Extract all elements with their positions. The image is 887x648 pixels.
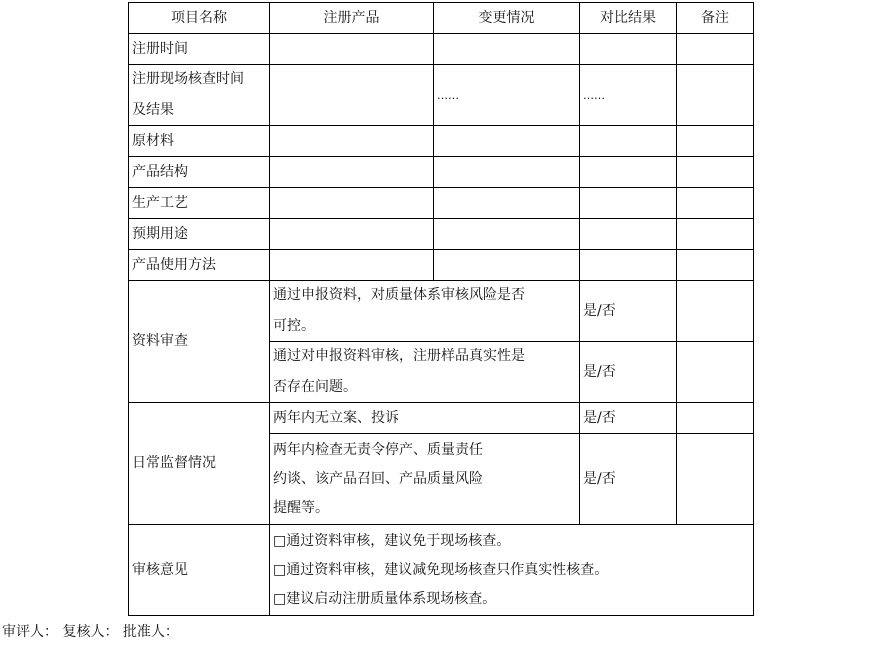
- registered-cell[interactable]: [269, 64, 434, 126]
- header-item-name: 项目名称: [128, 2, 270, 34]
- section-label: 日常监督情况: [132, 448, 216, 479]
- criterion-text: 否存在问题。: [273, 372, 357, 403]
- note-cell[interactable]: [676, 64, 754, 126]
- result-cell[interactable]: [579, 249, 677, 281]
- note-cell[interactable]: [676, 33, 754, 65]
- note-cell[interactable]: [676, 280, 754, 342]
- supervision-criterion: 两年内检查无责令停产、质量责任 约谈、该产品召回、产品质量风险 提醒等。: [269, 433, 580, 525]
- row-label: 注册现场核查时间: [132, 64, 244, 95]
- header-label: 对比结果: [600, 3, 656, 34]
- row-label: 产品结构: [132, 157, 188, 188]
- registered-cell[interactable]: [269, 125, 434, 157]
- registered-cell[interactable]: [269, 33, 434, 65]
- row-name-cell: 注册时间: [128, 33, 270, 65]
- note-cell[interactable]: [676, 402, 754, 434]
- row-name-cell: 原材料: [128, 125, 270, 157]
- row-label: 预期用途: [132, 219, 188, 250]
- change-cell[interactable]: [433, 33, 580, 65]
- note-cell[interactable]: [676, 187, 754, 219]
- change-cell[interactable]: [433, 218, 580, 250]
- yes-no-text: 是/否: [583, 403, 616, 434]
- criterion-text: 两年内检查无责令停产、质量责任: [273, 436, 483, 465]
- opinion-options: □通过资料审核，建议免于现场核查。 □通过资料审核，建议减免现场核查只作真实性核…: [269, 524, 754, 616]
- yes-no-cell[interactable]: 是/否: [579, 341, 677, 403]
- section-label: 审核意见: [132, 555, 188, 586]
- change-cell[interactable]: [433, 156, 580, 188]
- change-cell[interactable]: [433, 249, 580, 281]
- registered-cell[interactable]: [269, 218, 434, 250]
- criterion-text: 约谈、该产品召回、产品质量风险: [273, 465, 483, 494]
- header-label: 注册产品: [324, 3, 380, 34]
- header-registered-product: 注册产品: [269, 2, 434, 34]
- note-cell[interactable]: [676, 156, 754, 188]
- row-name-cell: 预期用途: [128, 218, 270, 250]
- header-label: 项目名称: [171, 3, 227, 34]
- row-name-cell: 注册现场核查时间 及结果: [128, 64, 270, 126]
- row-name-cell: 产品使用方法: [128, 249, 270, 281]
- row-label: 注册时间: [132, 34, 188, 65]
- opinion-option-inspect[interactable]: □建议启动注册质量体系现场核查。: [273, 585, 496, 614]
- result-cell[interactable]: [579, 125, 677, 157]
- header-note: 备注: [676, 2, 754, 34]
- yes-no-cell[interactable]: 是/否: [579, 280, 677, 342]
- row-name-cell: 产品结构: [128, 156, 270, 188]
- criterion-text: 两年内无立案、投诉: [273, 403, 399, 434]
- result-cell[interactable]: [579, 187, 677, 219]
- note-cell[interactable]: [676, 341, 754, 403]
- registered-cell[interactable]: [269, 156, 434, 188]
- criterion-text: 提醒等。: [273, 494, 329, 523]
- header-label: 备注: [701, 3, 729, 34]
- criterion-text: 通过申报资料，对质量体系审核风险是否: [273, 280, 525, 311]
- change-cell[interactable]: [433, 187, 580, 219]
- row-label: 产品使用方法: [132, 250, 216, 281]
- doc-review-label-cell: 资料审查: [128, 280, 270, 403]
- row-name-cell: 生产工艺: [128, 187, 270, 219]
- supervision-criterion: 两年内无立案、投诉: [269, 402, 580, 434]
- result-cell[interactable]: [579, 218, 677, 250]
- row-label: 生产工艺: [132, 188, 188, 219]
- ellipsis-text: ……: [583, 80, 605, 111]
- result-cell[interactable]: [579, 156, 677, 188]
- checker-label: 复核人：: [62, 624, 118, 640]
- note-cell[interactable]: [676, 433, 754, 525]
- yes-no-text: 是/否: [583, 464, 616, 495]
- doc-review-criterion: 通过对申报资料审核，注册样品真实性是 否存在问题。: [269, 341, 580, 403]
- note-cell[interactable]: [676, 125, 754, 157]
- opinion-label-cell: 审核意见: [128, 524, 270, 616]
- registered-cell[interactable]: [269, 187, 434, 219]
- result-cell[interactable]: ……: [579, 64, 677, 126]
- opinion-option-reduce[interactable]: □通过资料审核，建议减免现场核查只作真实性核查。: [273, 556, 608, 585]
- header-label: 变更情况: [479, 3, 535, 34]
- row-label: 原材料: [132, 126, 174, 157]
- reviewer-label: 审评人：: [2, 624, 58, 640]
- criterion-text: 可控。: [273, 311, 315, 342]
- note-cell[interactable]: [676, 218, 754, 250]
- yes-no-text: 是/否: [583, 296, 616, 327]
- result-cell[interactable]: [579, 33, 677, 65]
- approver-label: 批准人：: [123, 624, 179, 640]
- change-cell[interactable]: ……: [433, 64, 580, 126]
- header-result: 对比结果: [579, 2, 677, 34]
- row-label: 及结果: [132, 95, 174, 126]
- yes-no-cell[interactable]: 是/否: [579, 402, 677, 434]
- header-change: 变更情况: [433, 2, 580, 34]
- yes-no-text: 是/否: [583, 357, 616, 388]
- section-label: 资料审查: [132, 326, 188, 357]
- signature-line: 审评人： 复核人： 批准人：: [2, 622, 179, 642]
- criterion-text: 通过对申报资料审核，注册样品真实性是: [273, 341, 525, 372]
- registered-cell[interactable]: [269, 249, 434, 281]
- opinion-option-waive[interactable]: □通过资料审核，建议免于现场核查。: [273, 527, 510, 556]
- doc-review-criterion: 通过申报资料，对质量体系审核风险是否 可控。: [269, 280, 580, 342]
- yes-no-cell[interactable]: 是/否: [579, 433, 677, 525]
- ellipsis-text: ……: [437, 80, 459, 111]
- supervision-label-cell: 日常监督情况: [128, 402, 270, 525]
- change-cell[interactable]: [433, 125, 580, 157]
- note-cell[interactable]: [676, 249, 754, 281]
